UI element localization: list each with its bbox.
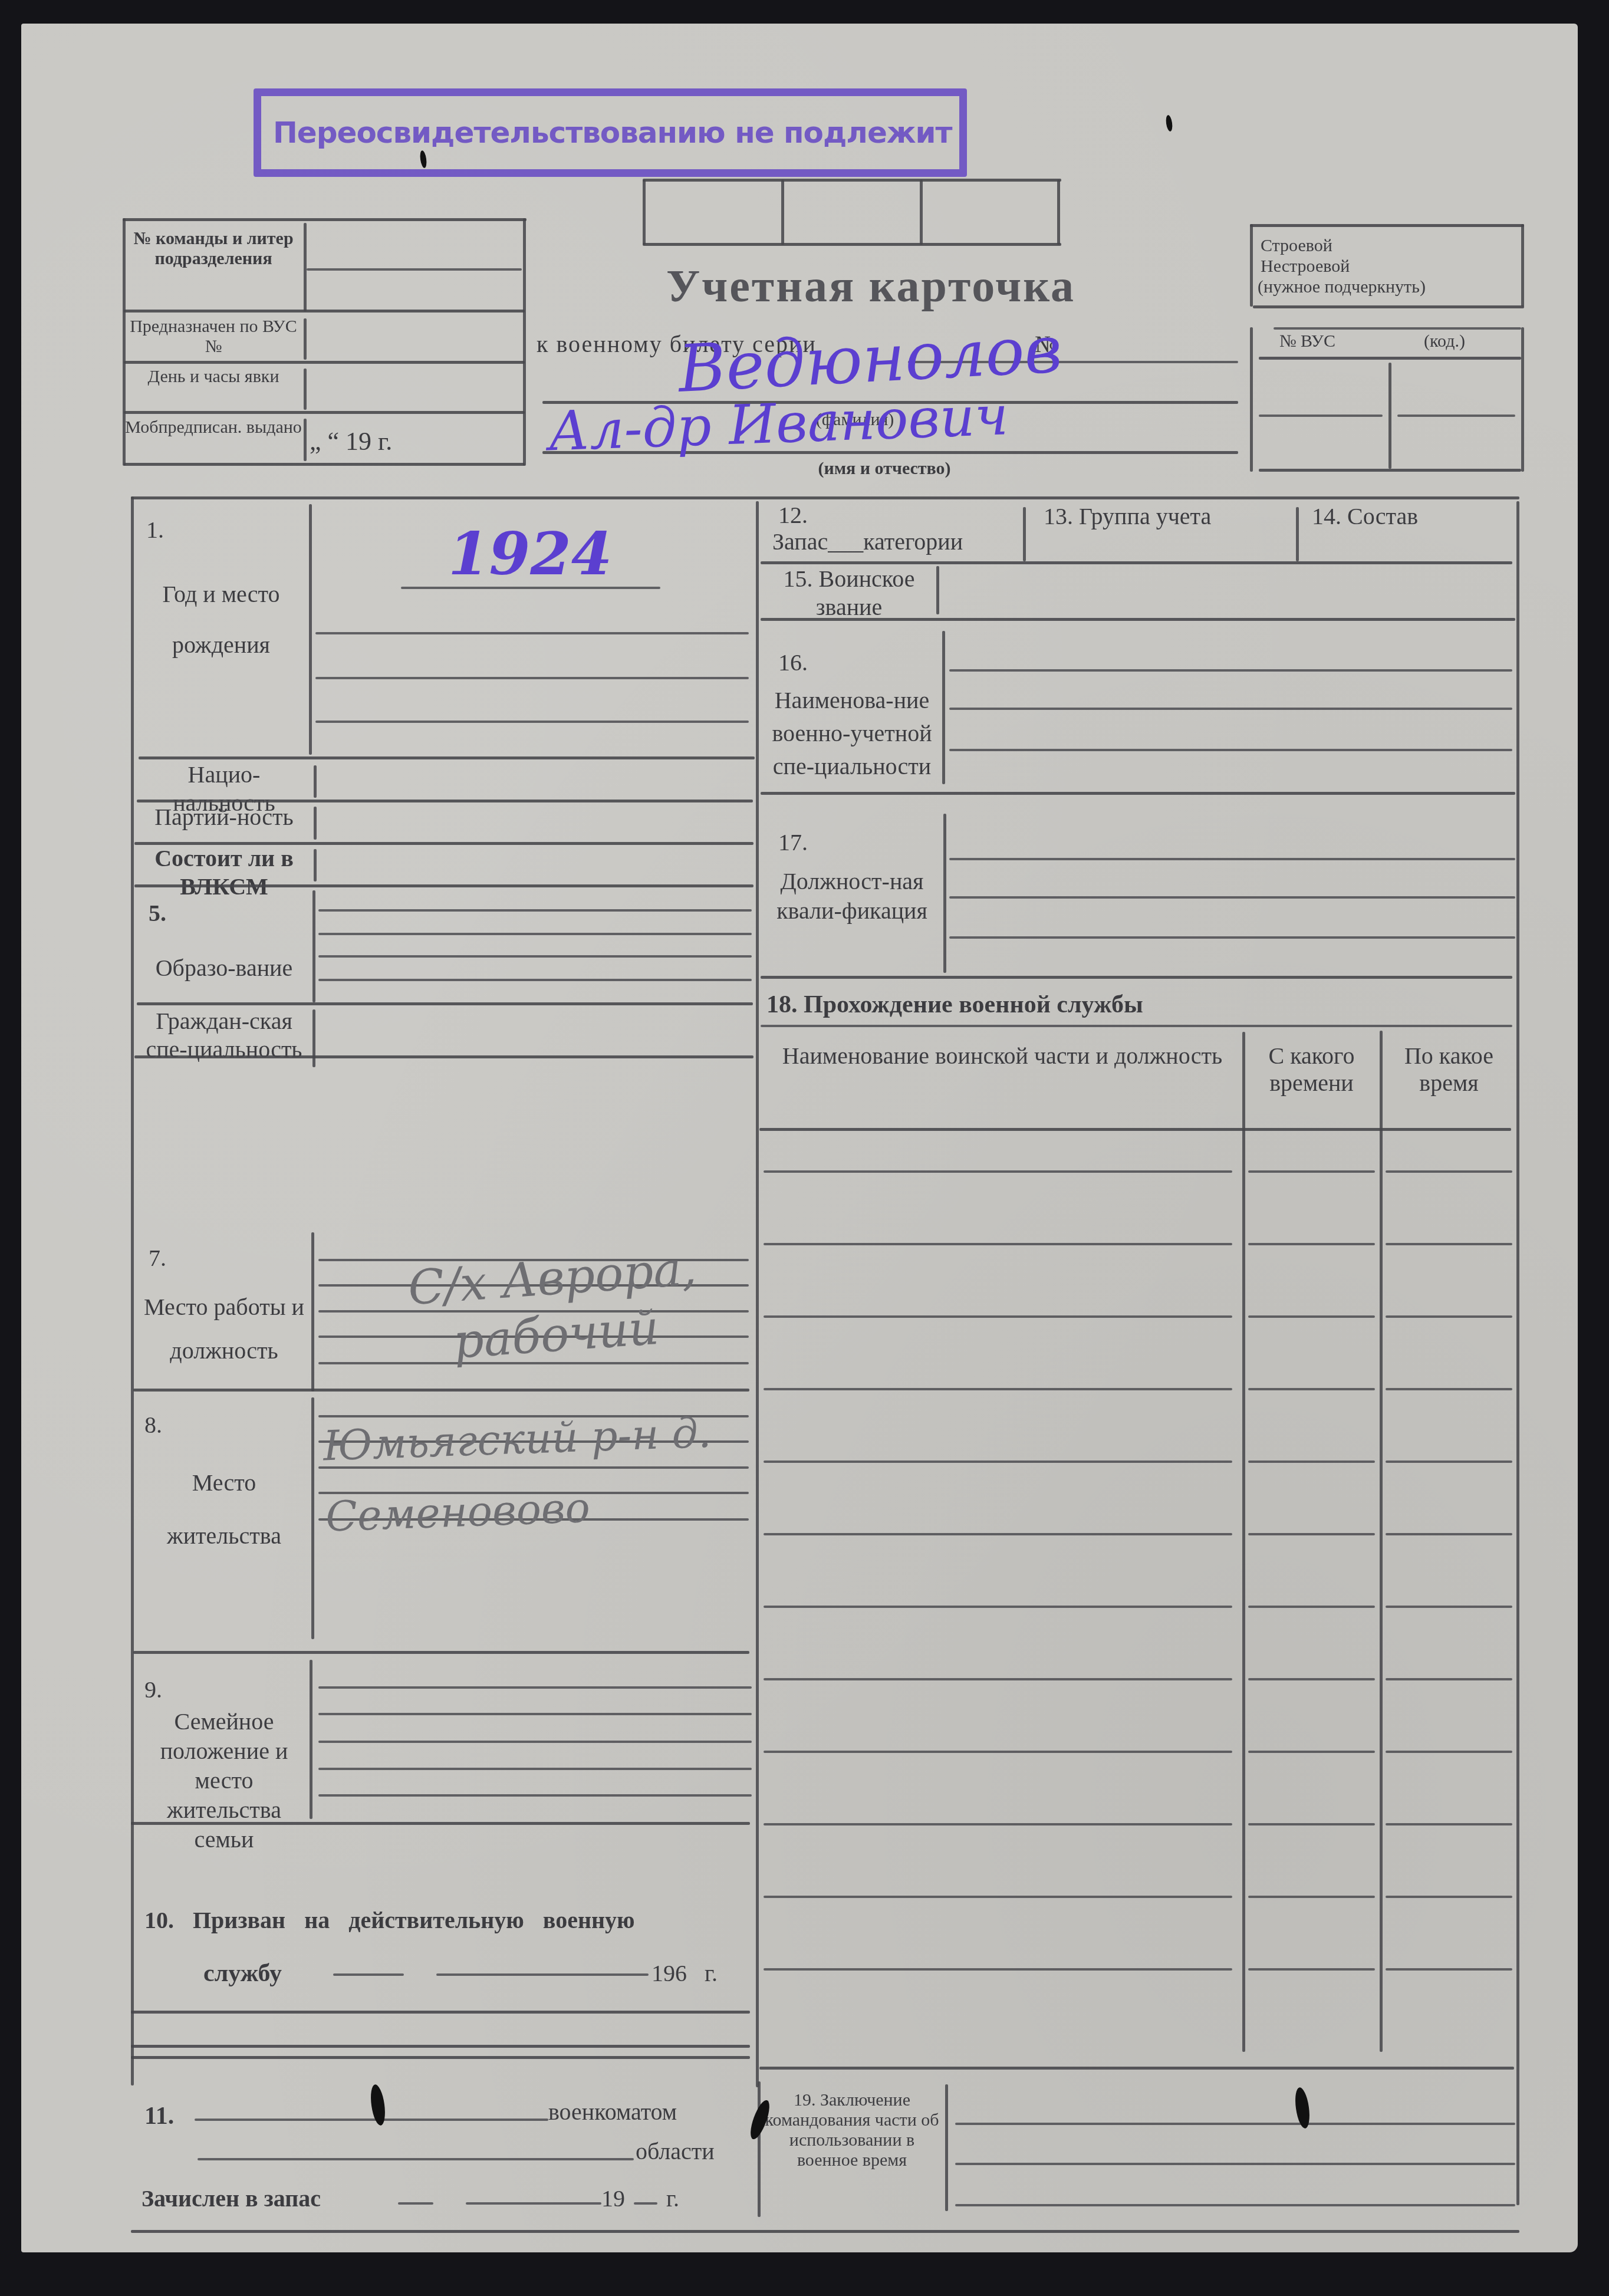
service-row-line[interactable] <box>1248 1968 1375 1971</box>
box-divider <box>304 223 307 311</box>
top-cells-border <box>643 243 1061 246</box>
residence-handwritten[interactable]: Юмьягский р-н д. Семеновово <box>322 1396 751 1552</box>
top-cells-border <box>643 179 1061 182</box>
field-3-label: Партий-ность <box>139 803 310 831</box>
service-row-line[interactable] <box>764 1968 1232 1971</box>
service-row-line[interactable] <box>1248 1678 1375 1680</box>
field-5-number: 5. <box>149 899 166 927</box>
service-row-line[interactable] <box>1248 1315 1375 1318</box>
service-row-line[interactable] <box>1248 1896 1375 1898</box>
service-row-line[interactable] <box>1386 1606 1512 1608</box>
field-1-line <box>315 721 749 723</box>
top-cells-divider <box>781 180 784 245</box>
label-day-hours: День и часы явки <box>125 367 302 387</box>
service-row-line[interactable] <box>1386 1896 1512 1898</box>
field-9-label: Семейное положение и место жительства се… <box>139 1707 310 1854</box>
row-divider <box>134 1055 754 1058</box>
field-17-number: 17. <box>778 828 808 857</box>
field-5-label: Образо-вание <box>139 943 310 993</box>
service-row-line[interactable] <box>1386 1170 1512 1173</box>
field-10-month-line[interactable] <box>436 1973 649 1976</box>
service-col-from: С какого времени <box>1245 1042 1378 1097</box>
field-divider <box>942 631 945 784</box>
row-divider <box>131 1822 750 1825</box>
service-row-line[interactable] <box>1386 1968 1512 1971</box>
service-row-line[interactable] <box>1248 1751 1375 1753</box>
service-table-header-bottom <box>759 1128 1511 1131</box>
service-col-divider <box>1380 1031 1383 2052</box>
service-row-line[interactable] <box>764 1461 1232 1463</box>
field-5-line <box>318 909 752 912</box>
row-divider <box>139 756 755 759</box>
field-9-line <box>318 1768 752 1770</box>
left-label-divider <box>310 1660 312 1819</box>
box-line <box>124 310 525 313</box>
field-1-line <box>315 632 749 634</box>
field-divider <box>1023 507 1026 561</box>
field-16-label: Наименова-ние военно-учетной спе-циально… <box>761 684 943 783</box>
row-divider <box>131 2045 750 2048</box>
label-underline-hint: (нужное подчеркнуть) <box>1258 277 1426 297</box>
row-divider <box>761 976 1512 979</box>
row-divider <box>137 800 753 802</box>
service-row-line[interactable] <box>764 1678 1232 1680</box>
field-19-line <box>955 2204 1515 2206</box>
service-row-line[interactable] <box>1248 1823 1375 1825</box>
field-16-line <box>949 669 1512 672</box>
stamp-not-subject-to-reexamination: Переосвидетельствованию не подлежит <box>254 88 967 177</box>
card-title: Учетная карточка <box>666 259 1075 313</box>
left-label-divider <box>314 807 317 840</box>
box-border <box>1250 327 1253 472</box>
row-divider <box>133 1389 749 1392</box>
field-16-line <box>949 749 1512 751</box>
field-5-line <box>318 979 752 981</box>
row-divider <box>761 618 1515 621</box>
birth-year-handwritten[interactable]: 1924 <box>448 519 612 588</box>
service-row-line[interactable] <box>1386 1315 1512 1318</box>
field-10-year: 196 г. <box>652 1959 718 1988</box>
service-row-line[interactable] <box>1386 1243 1512 1245</box>
field-11-number: 11. <box>144 2102 174 2130</box>
field-1-line <box>315 677 749 679</box>
left-label-divider <box>309 504 312 755</box>
label-team-number: № команды и литер подразделения <box>125 229 302 269</box>
box-border <box>523 218 526 466</box>
grid-left-border <box>131 496 134 2086</box>
top-cells-divider <box>643 180 646 245</box>
field-16-line <box>949 708 1512 710</box>
field-1-label: Год и место рождения <box>139 569 304 670</box>
field-13-label: 13. Группа учета <box>1044 502 1211 531</box>
vus-label: № ВУС <box>1279 331 1335 351</box>
left-label-divider <box>314 765 317 798</box>
box-border <box>1253 305 1524 308</box>
service-col-to: По какое время <box>1383 1042 1515 1097</box>
service-row-line[interactable] <box>764 1823 1232 1825</box>
field-17-line <box>949 858 1515 860</box>
field-16-number: 16. <box>778 649 808 677</box>
row-divider <box>761 792 1515 795</box>
service-row-line[interactable] <box>764 1896 1232 1898</box>
service-row-line[interactable] <box>764 1751 1232 1753</box>
service-row-line[interactable] <box>1386 1678 1512 1680</box>
box-border <box>123 218 527 221</box>
service-row-line[interactable] <box>1248 1243 1375 1245</box>
grid-bottom-border <box>131 2230 1519 2233</box>
box-border <box>1250 224 1253 307</box>
field-5-line <box>318 955 752 958</box>
box-line <box>307 268 522 271</box>
field-divider <box>945 2084 948 2211</box>
box-divider <box>304 419 307 461</box>
field-18-title: 18. Прохождение военной службы <box>766 991 1143 1019</box>
service-row-line[interactable] <box>764 1388 1232 1390</box>
left-label-divider <box>312 1009 315 1067</box>
label-vus-assignment: Предназначен по ВУС № <box>125 317 302 357</box>
service-row-line[interactable] <box>764 1606 1232 1608</box>
field-17-line <box>949 936 1515 939</box>
top-cells-divider <box>920 180 923 245</box>
vus-line <box>1259 415 1383 417</box>
reserve-month-line[interactable] <box>466 2202 601 2205</box>
field-10-text: 10. Призван на действительную военную <box>144 1906 635 1935</box>
field-10-day-line[interactable] <box>333 1973 404 1976</box>
field-4-label: Состоит ли в ВЛКСМ <box>136 844 312 901</box>
field-17-label: Должност-ная квали-фикация <box>761 867 943 926</box>
grid-top-border <box>131 496 1519 499</box>
field-9-number: 9. <box>144 1676 162 1704</box>
oblast-label: области <box>636 2137 715 2166</box>
service-row-line[interactable] <box>1248 1170 1375 1173</box>
service-col-unit: Наименование воинской части и должность <box>766 1042 1238 1070</box>
top-cells-divider <box>1057 180 1060 245</box>
name-caption: (имя и отчество) <box>766 459 1002 479</box>
row-divider <box>131 2056 750 2059</box>
box-divider <box>304 318 307 360</box>
row-divider <box>759 2067 1514 2070</box>
box-border <box>1274 327 1521 330</box>
reserve-year: 19 <box>601 2185 625 2213</box>
field-14-label: 14. Состав <box>1312 502 1418 531</box>
field-9-line <box>318 1794 752 1797</box>
left-label-divider <box>314 849 317 881</box>
box-divider <box>304 369 307 410</box>
field-19-line <box>955 2123 1515 2125</box>
field-divider <box>936 566 939 614</box>
voenkomat-label: военкоматом <box>548 2098 677 2126</box>
field-9-line <box>318 1686 752 1689</box>
reserve-label: Зачислен в запас <box>142 2185 321 2213</box>
field-divider <box>943 814 946 973</box>
field-17-line <box>949 896 1515 899</box>
box-line <box>124 463 525 466</box>
row-divider <box>131 2011 750 2014</box>
field-19-label: 19. Заключение командования части об исп… <box>761 2090 943 2170</box>
field-8-number: 8. <box>144 1411 162 1439</box>
field-5-line <box>318 933 752 935</box>
box-border <box>1521 224 1524 307</box>
field-10-service: службу <box>203 1959 282 1988</box>
field-8-label: Место жительства <box>139 1456 310 1563</box>
vus-line <box>1397 415 1515 417</box>
service-row-line[interactable] <box>1248 1388 1375 1390</box>
label-noncombat: Нестроевой <box>1261 256 1350 277</box>
reserve-year-line[interactable] <box>634 2202 657 2205</box>
box-border <box>1250 224 1524 227</box>
service-row-line[interactable] <box>764 1315 1232 1318</box>
service-row-line[interactable] <box>1386 1533 1512 1535</box>
row-divider <box>133 1651 749 1654</box>
grid-right-border <box>1516 501 1519 2205</box>
service-row-line[interactable] <box>1386 1751 1512 1753</box>
field-19-line <box>955 2163 1515 2165</box>
left-label-divider <box>311 1397 314 1639</box>
row-divider <box>761 561 1512 564</box>
field-7-number: 7. <box>149 1244 166 1272</box>
label-combat: Строевой <box>1261 236 1332 256</box>
vus-divider <box>1388 363 1391 469</box>
mob-order-date[interactable]: „ “ 19 г. <box>310 427 522 456</box>
box-line <box>124 361 525 364</box>
field-12-number: 12. <box>778 501 808 529</box>
box-border <box>1259 469 1521 472</box>
box-border <box>1521 327 1524 472</box>
field-9-line <box>318 1713 752 1715</box>
service-row-line[interactable] <box>764 1243 1232 1245</box>
field-9-line <box>318 1741 752 1743</box>
service-row-line[interactable] <box>1386 1823 1512 1825</box>
service-row-line[interactable] <box>1248 1461 1375 1463</box>
code-label: (код.) <box>1424 331 1465 351</box>
reserve-g: г. <box>666 2185 679 2213</box>
field-15-label: 15. Воинское звание <box>761 565 937 621</box>
field-7-label: Место работы и должность <box>139 1285 310 1373</box>
label-mob-order: Мобпредписан. выдано <box>125 417 302 438</box>
row-divider <box>134 884 754 887</box>
service-row-line[interactable] <box>764 1170 1232 1173</box>
field-divider <box>1296 507 1299 561</box>
row-divider <box>137 1002 753 1005</box>
grid-center-divider <box>756 501 759 2087</box>
service-table-header-top <box>761 1025 1512 1027</box>
reserve-day-line[interactable] <box>398 2202 433 2205</box>
service-row-line[interactable] <box>1386 1388 1512 1390</box>
field-12-label: Запас___категории <box>772 528 963 556</box>
service-row-line[interactable] <box>1248 1606 1375 1608</box>
service-row-line[interactable] <box>1248 1533 1375 1535</box>
left-label-divider <box>312 890 315 1002</box>
oblast-line[interactable] <box>198 2158 634 2160</box>
field-1-number: 1. <box>146 516 164 544</box>
service-row-line[interactable] <box>1386 1461 1512 1463</box>
vus-header-line <box>1259 357 1521 360</box>
left-label-divider <box>311 1232 314 1392</box>
service-row-line[interactable] <box>764 1533 1232 1535</box>
box-line <box>124 411 525 414</box>
voenkomat-line[interactable] <box>195 2119 548 2121</box>
service-col-divider <box>1242 1032 1245 2052</box>
